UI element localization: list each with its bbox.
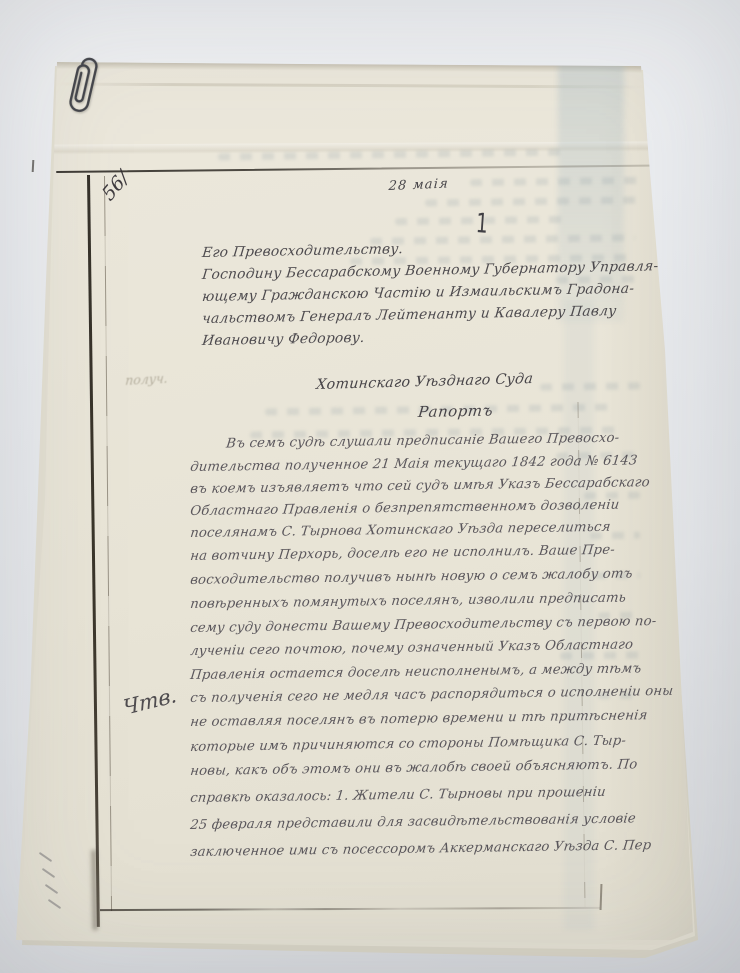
pencil-tick: [48, 899, 61, 909]
bleedthrough-line: [540, 382, 640, 390]
margin-frame-bottom-line: [100, 907, 600, 911]
pencil-tick: [42, 868, 55, 878]
pencil-margin-note: получ.: [125, 371, 169, 388]
pencil-tick: [45, 884, 58, 894]
ink-margin-note: Чтв.: [122, 683, 178, 720]
heading-court: Хотинскаго Уѣзднаго Суда: [315, 371, 533, 393]
margin-line-left-thick: [87, 175, 99, 927]
body-line: которые имъ причиняются со стороны Помѣщ…: [189, 734, 626, 755]
pencil-tick: [39, 852, 52, 862]
address-line: Ивановичу Федорову.: [201, 330, 365, 349]
ink-tick-mark: [32, 160, 35, 172]
document-page: 56/ 28 маія 1 получ. Чтв. Его Превосходи…: [0, 0, 740, 973]
heading-doc-type: Рапортъ: [417, 401, 494, 421]
body-line: повѣренныхъ помянутыхъ поселянъ, изволил…: [189, 591, 627, 612]
body-line: Областнаго Правленія о безпрепятственном…: [189, 498, 620, 519]
body-line: на вотчину Перхорь, доселѣ его не исполн…: [189, 543, 615, 564]
body-line: поселянамъ С. Тырнова Хотинскаго Уѣзда п…: [189, 520, 611, 541]
photo-backdrop: 56/ 28 маія 1 получ. Чтв. Его Превосходи…: [0, 0, 740, 973]
ink-stroke-mark: 1: [475, 208, 489, 240]
body-line: справкѣ оказалось: 1. Жители С. Тырновы …: [189, 785, 606, 806]
margin-line-left-thin: [104, 176, 112, 911]
address-line: чальствомъ Генералъ Лейтенанту и Кавалер…: [201, 303, 617, 327]
page-top-edge-shadow: [56, 62, 642, 73]
date-annotation: 28 маія: [388, 176, 449, 194]
